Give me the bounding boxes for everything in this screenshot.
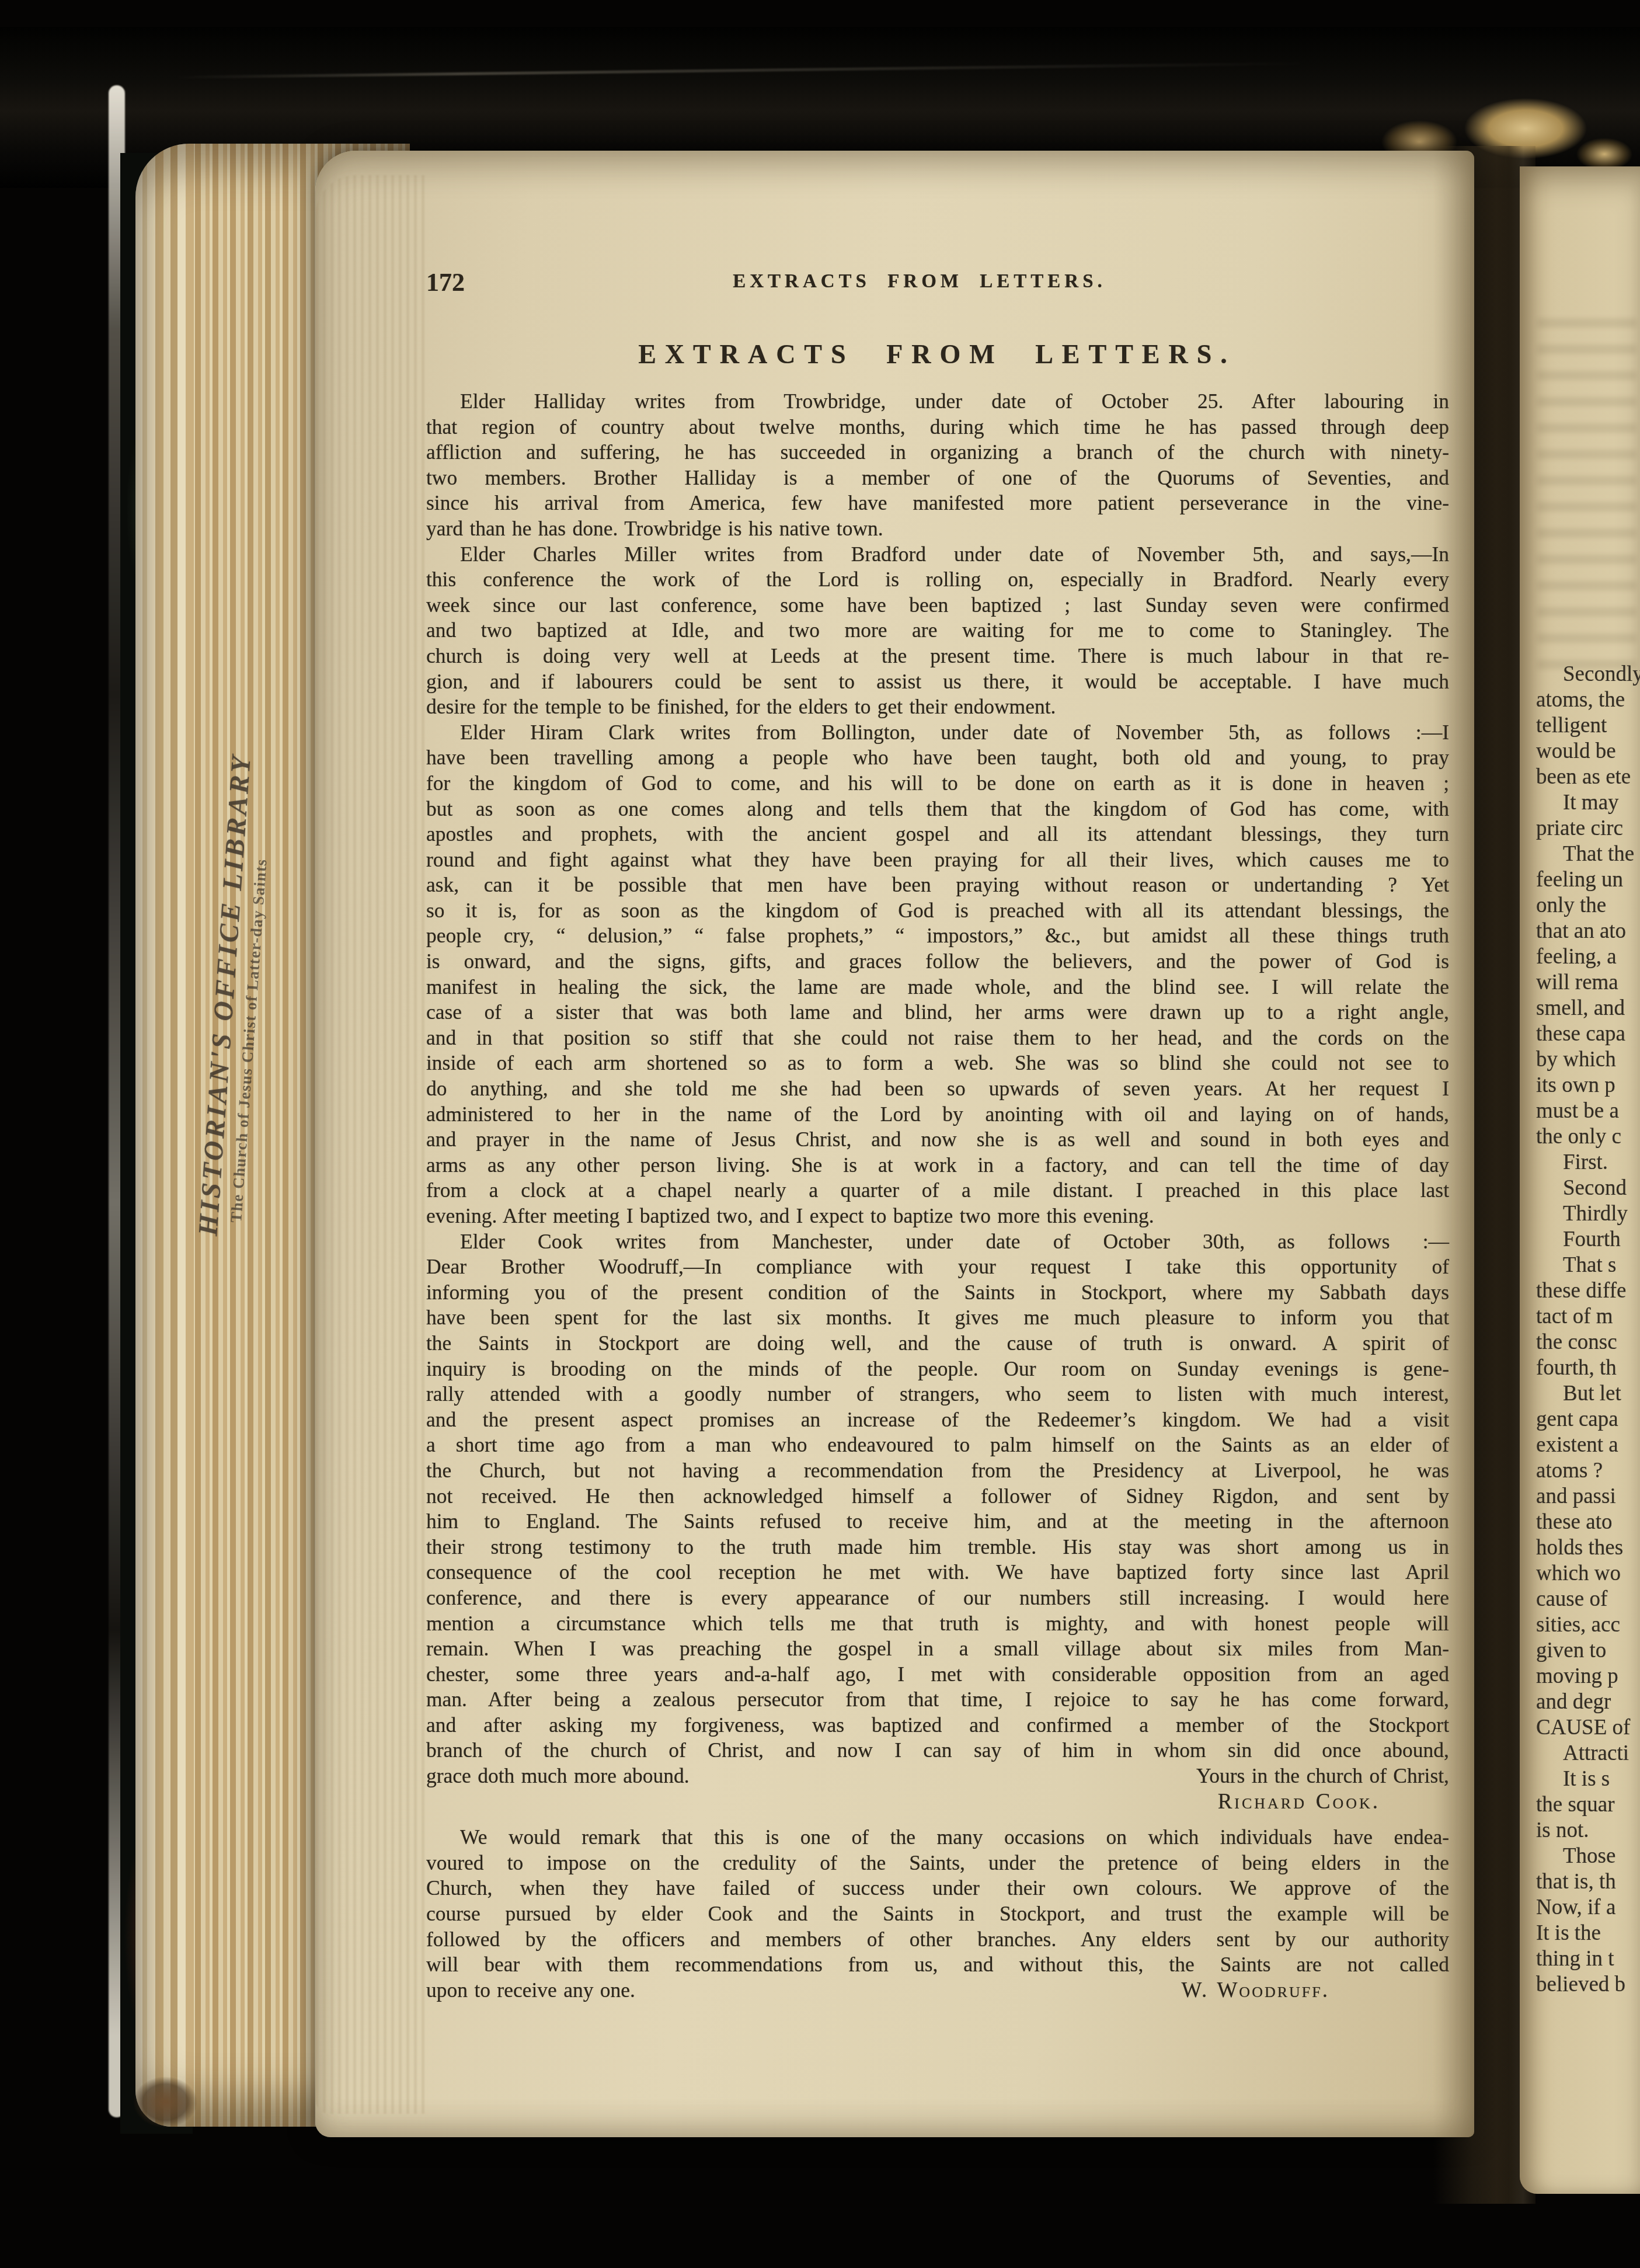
adjacent-page-line-fragment: Thirdly (1536, 1201, 1640, 1227)
body-line: course pursued by elder Cook and the Sai… (426, 1901, 1449, 1927)
body-line: mention a circumstance which tells me th… (426, 1611, 1449, 1637)
adjacent-page-line-fragment: sities, acc (1536, 1612, 1640, 1638)
body-line: from a clock at a chapel nearly a quarte… (426, 1178, 1449, 1203)
adjacent-page-line-fragment: is not. (1536, 1818, 1640, 1843)
body-line: is onward, and the signs, gifts, and gra… (426, 949, 1449, 975)
adjacent-page-line-fragment: the consc (1536, 1330, 1640, 1355)
adjacent-page: Secondlyatoms, thetelligentwould bebeen … (1520, 166, 1640, 2194)
body-line: evening. After meeting I baptized two, a… (426, 1203, 1449, 1229)
adjacent-page-line-fragment: that is, th (1536, 1869, 1640, 1895)
body-line: Elder Charles Miller writes from Bradfor… (426, 542, 1449, 568)
body-line: that region of country about twelve mont… (426, 415, 1449, 440)
body-line: not received. He then acknowledged himse… (426, 1484, 1449, 1509)
body-line: have been spent for the last six months.… (426, 1305, 1449, 1331)
adjacent-page-line-fragment: these diffe (1536, 1278, 1640, 1304)
body-line: people cry, “ delusion,” “ false prophet… (426, 923, 1449, 949)
adjacent-page-line-fragment: Fourth (1536, 1227, 1640, 1253)
body-text: Elder Halliday writes from Trowbridge, u… (426, 389, 1449, 2003)
adjacent-page-line-fragment: It may (1536, 790, 1640, 816)
body-line: have been travelling among a people who … (426, 745, 1449, 771)
body-line: him to England. The Saints refused to re… (426, 1509, 1449, 1535)
closing-right-text: Yours in the church of Christ, (1196, 1763, 1449, 1789)
body-line: followed by the officers and members of … (426, 1927, 1449, 1953)
body-line: rally attended with a goodly number of s… (426, 1382, 1449, 1407)
body-line: round and fight against what they have b… (426, 847, 1449, 873)
adjacent-page-line-fragment: CAUSE of (1536, 1715, 1640, 1741)
adjacent-page-line-fragment: Secondly (1536, 662, 1640, 687)
body-line: apostles and prophets, with the ancient … (426, 822, 1449, 847)
adjacent-page-line-fragment: its own p (1536, 1073, 1640, 1098)
adjacent-page-line-fragment: Those (1536, 1843, 1640, 1869)
body-line: conference, and there is every appearanc… (426, 1585, 1449, 1611)
adjacent-page-line-fragment: tact of m (1536, 1304, 1640, 1330)
show-through-text (1537, 318, 1636, 680)
body-line: ask, can it be possible that men have be… (426, 872, 1449, 898)
running-head: EXTRACTS FROM LETTERS. (426, 271, 1413, 293)
adjacent-page-line-fragment: telligent (1536, 713, 1640, 739)
closing-left-text: upon to receive any one. (426, 1978, 635, 2003)
body-line: and in that position so stiff that she c… (426, 1025, 1449, 1051)
adjacent-page-line-fragment: given to (1536, 1638, 1640, 1664)
closing-left-text: grace doth much more abound. (426, 1763, 690, 1789)
body-line: week since our last conference, some hav… (426, 593, 1449, 618)
adjacent-page-line-fragment: thing in t (1536, 1946, 1640, 1972)
letter-closing-line: grace doth much more abound.Yours in the… (426, 1763, 1449, 1789)
body-line: for the kingdom of God to come, and his … (426, 771, 1449, 796)
body-line: remain. When I was preaching the gospel … (426, 1636, 1449, 1662)
body-line: informing you of the present condition o… (426, 1280, 1449, 1306)
body-line: since his arrival from America, few have… (426, 491, 1449, 516)
body-line: Dear Brother Woodruff,—In compliance wit… (426, 1254, 1449, 1280)
adjacent-page-line-fragment: cause of (1536, 1587, 1640, 1612)
body-line: two members. Brother Halliday is a membe… (426, 465, 1449, 491)
body-line: voured to impose on the credulity of the… (426, 1850, 1449, 1876)
body-line: arms as any other person living. She is … (426, 1153, 1449, 1178)
cover-wear-chip (1576, 138, 1632, 171)
body-line: consequence of the cool reception he met… (426, 1560, 1449, 1585)
adjacent-page-line-fragment: which wo (1536, 1561, 1640, 1587)
body-line: will bear with them recommendations from… (426, 1952, 1449, 1978)
body-line: the Church, but not having a recommendat… (426, 1458, 1449, 1484)
body-line: affliction and suffering, he has succeed… (426, 440, 1449, 465)
adjacent-page-line-fragment: been as ete (1536, 764, 1640, 790)
adjacent-page-line-fragment: these capa (1536, 1021, 1640, 1047)
body-line: Church, when they have failed of success… (426, 1876, 1449, 1901)
adjacent-page-line-fragment: priate circ (1536, 816, 1640, 841)
body-line: the Saints in Stockport are doing well, … (426, 1331, 1449, 1356)
body-line: their strong testimony to the truth made… (426, 1535, 1449, 1560)
body-line: church is doing very well at Leeds at th… (426, 643, 1449, 669)
body-line: chester, some three years and-a-half ago… (426, 1662, 1449, 1688)
article-title: EXTRACTS FROM LETTERS. (426, 339, 1448, 370)
paragraph: Elder Halliday writes from Trowbridge, u… (426, 389, 1449, 542)
body-line: and two baptized at Idle, and two more a… (426, 618, 1449, 643)
adjacent-page-line-fragment: gent capa (1536, 1407, 1640, 1432)
adjacent-page-line-fragment: holds thes (1536, 1535, 1640, 1561)
adjacent-page-line-fragment: atoms, the (1536, 687, 1640, 713)
adjacent-page-line-fragment: would be (1536, 739, 1640, 764)
adjacent-page-line-fragment: smell, and (1536, 996, 1640, 1021)
cover-wear-chip (133, 2076, 197, 2128)
adjacent-page-line-fragment: Attracti (1536, 1741, 1640, 1766)
adjacent-page-line-fragment: Now, if a (1536, 1895, 1640, 1921)
adjacent-page-line-fragment: First. (1536, 1150, 1640, 1175)
body-line: and the present aspect promises an incre… (426, 1407, 1449, 1433)
closing-right-text: W. Woodruff. (1182, 1978, 1329, 2003)
body-line: inquiry is brooding on the minds of the … (426, 1356, 1449, 1382)
adjacent-page-line-fragment: and passi (1536, 1484, 1640, 1509)
adjacent-page-line-fragment: fourth, th (1536, 1355, 1640, 1381)
adjacent-page-line-fragment: only the (1536, 893, 1640, 919)
body-line: and after asking my forgiveness, was bap… (426, 1713, 1449, 1738)
adjacent-page-line-fragment: will rema (1536, 970, 1640, 996)
body-line: do anything, and she told me she had bee… (426, 1076, 1449, 1102)
adjacent-page-line-fragment: believed b (1536, 1972, 1640, 1998)
body-line: We would remark that this is one of the … (426, 1825, 1449, 1850)
adjacent-page-line-fragment: It is s (1536, 1766, 1640, 1792)
body-line: desire for the temple to be finished, fo… (426, 694, 1449, 720)
body-line: and prayer in the name of Jesus Christ, … (426, 1127, 1449, 1153)
body-line: administered to her in the name of the L… (426, 1102, 1449, 1128)
body-line: man. After being a zealous persecutor fr… (426, 1687, 1449, 1713)
letter-closing-line: upon to receive any one.W. Woodruff. (426, 1978, 1449, 2003)
adjacent-page-line-fragment: existent a (1536, 1432, 1640, 1458)
adjacent-page-line-fragment: by which (1536, 1047, 1640, 1073)
body-line: branch of the church of Christ, and now … (426, 1738, 1449, 1763)
paragraph: Elder Cook writes from Manchester, under… (426, 1229, 1449, 1815)
body-line: but as soon as one comes along and tells… (426, 796, 1449, 822)
paragraph: Elder Hiram Clark writes from Bollington… (426, 720, 1449, 1229)
paragraph: We would remark that this is one of the … (426, 1825, 1449, 2003)
adjacent-page-line-fragment: these ato (1536, 1509, 1640, 1535)
adjacent-page-line-fragment: and degr (1536, 1689, 1640, 1715)
adjacent-page-line-fragment: But let (1536, 1381, 1640, 1407)
body-line: case of a sister that was both lame and … (426, 1000, 1449, 1025)
book-photograph: HISTORIAN'S OFFICE LIBRARY The Church of… (0, 0, 1640, 2268)
body-line: gion, and if labourers could be sent to … (426, 669, 1449, 695)
letter-signature: Richard Cook. (426, 1789, 1449, 1815)
adjacent-page-line-fragment: the only c (1536, 1124, 1640, 1150)
body-line: manifest in healing the sick, the lame a… (426, 975, 1449, 1000)
adjacent-page-line-fragment: must be a (1536, 1098, 1640, 1124)
paragraph: Elder Charles Miller writes from Bradfor… (426, 542, 1449, 720)
body-line: Elder Cook writes from Manchester, under… (426, 1229, 1449, 1255)
adjacent-page-line-fragment: feeling, a (1536, 944, 1640, 970)
body-line: inside of each arm shortened so as to fo… (426, 1050, 1449, 1076)
adjacent-page-line-fragment: That the (1536, 841, 1640, 867)
body-line: Elder Halliday writes from Trowbridge, u… (426, 389, 1449, 415)
adjacent-page-line-fragment: That s (1536, 1253, 1640, 1278)
page-header: 172 EXTRACTS FROM LETTERS. (426, 267, 1448, 302)
adjacent-page-line-fragment: that an ato (1536, 919, 1640, 944)
adjacent-page-line-fragment: atoms ? (1536, 1458, 1640, 1484)
body-line: Elder Hiram Clark writes from Bollington… (426, 720, 1449, 746)
adjacent-page-line-fragment: Second (1536, 1175, 1640, 1201)
adjacent-page-line-fragment: It is the (1536, 1921, 1640, 1946)
body-line: a short time ago from a man who endeavou… (426, 1432, 1449, 1458)
adjacent-page-line-fragment: the squar (1536, 1792, 1640, 1818)
right-page-text: Secondlyatoms, thetelligentwould bebeen … (1536, 662, 1640, 1998)
body-line: yard than he has done. Trowbridge is his… (426, 516, 1449, 542)
adjacent-page-line-fragment: moving p (1536, 1664, 1640, 1689)
adjacent-page-line-fragment: feeling un (1536, 867, 1640, 893)
body-line: this conference the work of the Lord is … (426, 567, 1449, 593)
page-curl-shading (315, 175, 426, 2114)
body-line: so it is, for as soon as the kingdom of … (426, 898, 1449, 924)
